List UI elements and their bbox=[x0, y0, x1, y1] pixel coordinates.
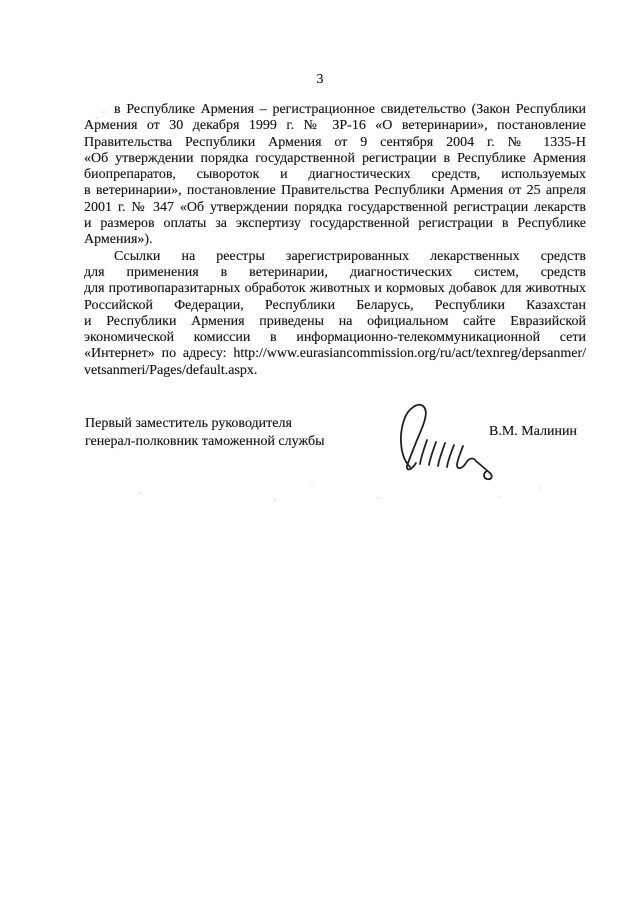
text-line: Правительства Республики Армения от 9 се… bbox=[84, 135, 586, 151]
signatory-name: В.М. Малинин bbox=[489, 424, 577, 440]
text-line: «Об утверждении порядка государственной … bbox=[84, 151, 586, 167]
text-line: 2001 г. № 347 «Об утверждении порядка го… bbox=[84, 200, 586, 216]
body-text-block: в Республике Армения – регистрационное с… bbox=[84, 102, 586, 379]
text-line: в ветеринарии», постановление Правительс… bbox=[84, 183, 586, 199]
text-line: экономической комиссии в информационно-т… bbox=[84, 330, 586, 346]
text-line: в Республике Армения – регистрационное с… bbox=[84, 102, 586, 118]
text-line: Первый заместитель руководителя bbox=[85, 415, 365, 433]
text-line: биопрепаратов, сывороток и диагностическ… bbox=[84, 167, 586, 183]
text-line: и размеров оплаты за экспертизу государс… bbox=[84, 216, 586, 232]
handwritten-signature-icon bbox=[395, 400, 507, 482]
paragraph-registry-links: Ссылки на реестры зарегистрированных лек… bbox=[84, 249, 586, 379]
text-line: и Республики Армения приведены на официа… bbox=[84, 314, 586, 330]
paragraph-registration-armenia: в Республике Армения – регистрационное с… bbox=[84, 102, 586, 249]
text-line: «Интернет» по адресу: http://www.eurasia… bbox=[84, 346, 586, 362]
text-line: Армения»). bbox=[84, 232, 586, 248]
text-line: для противопаразитарных обработок животн… bbox=[84, 281, 586, 297]
text-line: генерал-полковник таможенной службы bbox=[85, 433, 365, 451]
text-line: для применения в ветеринарии, диагностич… bbox=[84, 265, 586, 281]
document-page: 3 в Республике Армения – регистрационное… bbox=[0, 0, 640, 905]
signatory-position: Первый заместитель руководителягенерал-п… bbox=[85, 415, 365, 450]
text-line: Российской Федерации, Республики Беларус… bbox=[84, 298, 586, 314]
text-line: vetsanmeri/Pages/default.aspx. bbox=[84, 363, 586, 379]
text-line: Ссылки на реестры зарегистрированных лек… bbox=[84, 249, 586, 265]
page-number: 3 bbox=[0, 72, 640, 88]
text-line: Армения от 30 декабря 1999 г. № ЗР-16 «О… bbox=[84, 118, 586, 134]
